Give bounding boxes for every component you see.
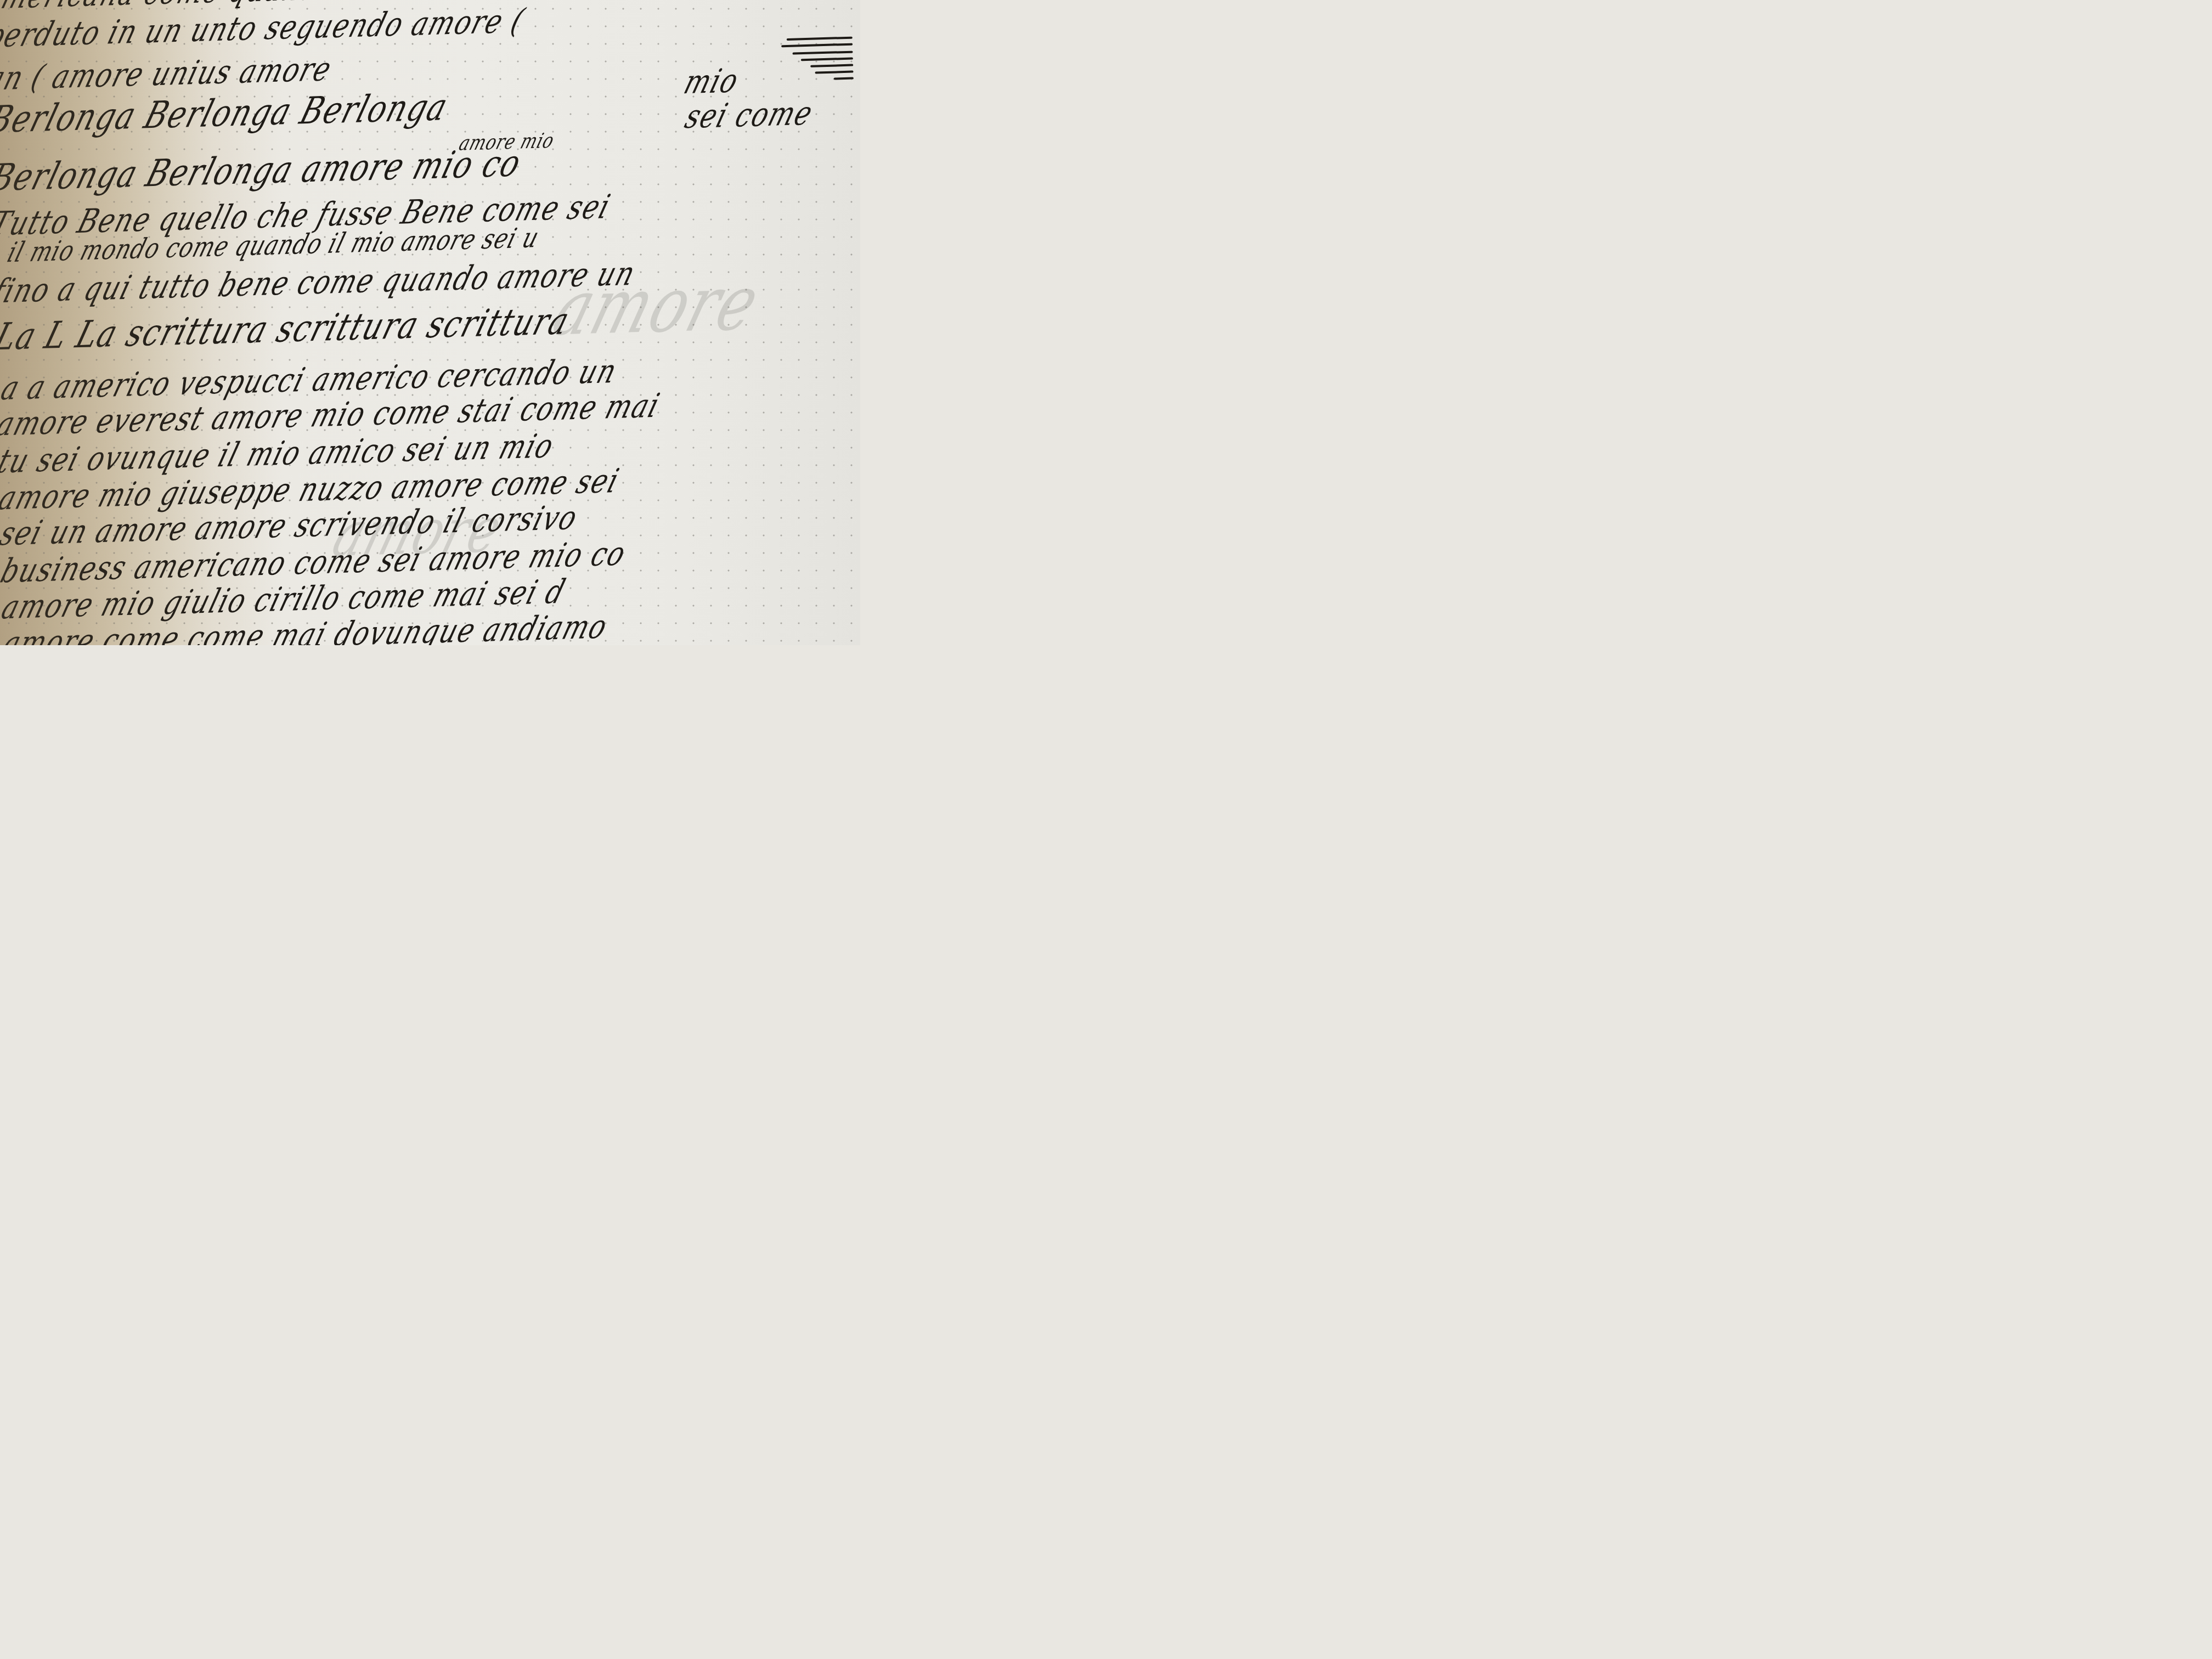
handwritten-line-right: mio	[680, 61, 744, 101]
handwritten-line: Berlonga Berlonga amore mio co	[0, 141, 527, 199]
hatching-strokes-icon	[765, 37, 854, 83]
handwritten-line-right: sei come	[681, 94, 818, 136]
handwriting-sheet: amore amore americana come quando il mio…	[0, 0, 860, 645]
dot-grid-page: amore amore americana come quando il mio…	[0, 0, 860, 645]
